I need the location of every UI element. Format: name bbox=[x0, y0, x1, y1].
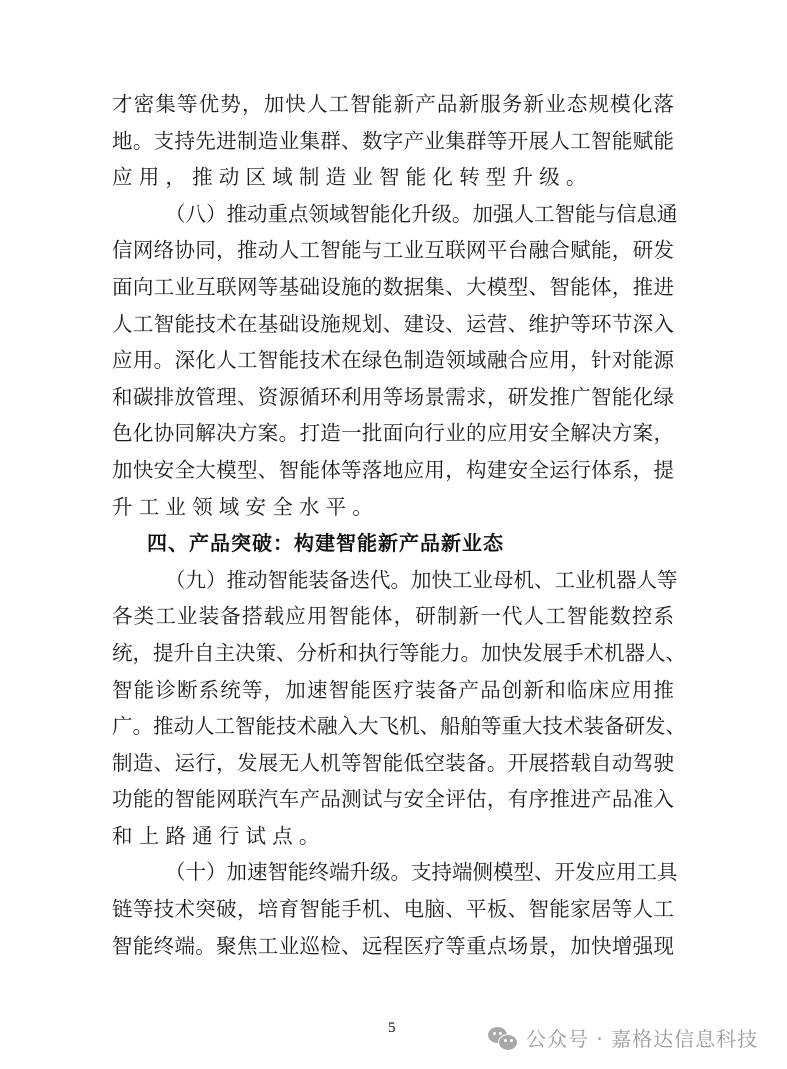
text-line: 色化协同解决方案。打造一批面向行业的应用安全解决方案， bbox=[112, 415, 674, 452]
document-page: 才密集等优势，加快人工智能新产品新服务新业态规模化落 地。支持先进制造业集群、数… bbox=[0, 0, 787, 1069]
wechat-icon bbox=[488, 1025, 520, 1051]
page-number: 5 bbox=[388, 1020, 396, 1037]
section-8-first-line: （八）推动重点领域智能化升级。加强人工智能与信息通 bbox=[112, 196, 674, 233]
document-body: 才密集等优势，加快人工智能新产品新服务新业态规模化落 地。支持先进制造业集群、数… bbox=[112, 86, 674, 964]
section-heading: 四、产品突破：构建智能新产品新业态 bbox=[112, 525, 674, 562]
text-line: 智能终端。聚焦工业巡检、远程医疗等重点场景，加快增强现 bbox=[112, 928, 674, 965]
watermark-text: 公众号 · 嘉格达信息科技 bbox=[526, 1023, 758, 1052]
text-line: 加快安全大模型、智能体等落地应用，构建安全运行体系，提 bbox=[112, 452, 674, 489]
text-line: 功能的智能网联汽车产品测试与安全评估，有序推进产品准入 bbox=[112, 781, 674, 818]
text-line: 链等技术突破，培育智能手机、电脑、平板、智能家居等人工 bbox=[112, 891, 674, 928]
text-line: 制造、运行，发展无人机等智能低空装备。开展搭载自动驾驶 bbox=[112, 745, 674, 782]
section-10-first-line: （十）加速智能终端升级。支持端侧模型、开发应用工具 bbox=[112, 854, 674, 891]
watermark: 公众号 · 嘉格达信息科技 bbox=[488, 1023, 758, 1052]
text-line: 应用，推动区域制造业智能化转型升级。 bbox=[112, 159, 674, 196]
text-line: 应用。深化人工智能技术在绿色制造领域融合应用，针对能源 bbox=[112, 342, 674, 379]
text-line: 和碳排放管理、资源循环利用等场景需求，研发推广智能化绿 bbox=[112, 379, 674, 416]
text-line: 面向工业互联网等基础设施的数据集、大模型、智能体，推进 bbox=[112, 269, 674, 306]
text-line: 升工业领域安全水平。 bbox=[112, 489, 674, 526]
text-line: 各类工业装备搭载应用智能体，研制新一代人工智能数控系 bbox=[112, 598, 674, 635]
text-line: 和上路通行试点。 bbox=[112, 818, 674, 855]
text-line: 人工智能技术在基础设施规划、建设、运营、维护等环节深入 bbox=[112, 306, 674, 343]
text-line: 广。推动人工智能技术融入大飞机、船舶等重大技术装备研发、 bbox=[112, 708, 674, 745]
text-line: 统，提升自主决策、分析和执行等能力。加快发展手术机器人、 bbox=[112, 635, 674, 672]
text-line: 信网络协同，推动人工智能与工业互联网平台融合赋能，研发 bbox=[112, 232, 674, 269]
text-line: 地。支持先进制造业集群、数字产业集群等开展人工智能赋能 bbox=[112, 123, 674, 160]
text-line: 智能诊断系统等，加速智能医疗装备产品创新和临床应用推 bbox=[112, 672, 674, 709]
text-line: 才密集等优势，加快人工智能新产品新服务新业态规模化落 bbox=[112, 86, 674, 123]
section-9-first-line: （九）推动智能装备迭代。加快工业母机、工业机器人等 bbox=[112, 562, 674, 599]
